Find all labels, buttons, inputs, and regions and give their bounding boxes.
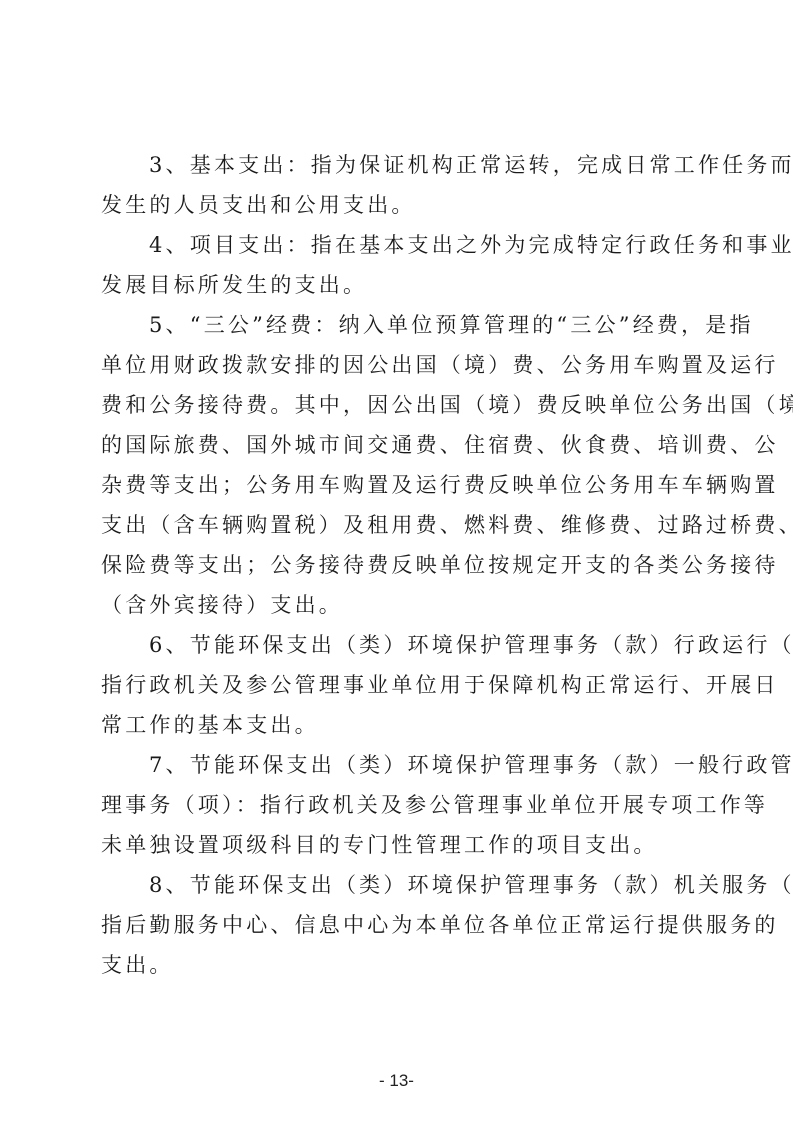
- paragraph-line: 发生的人员支出和公用支出。: [101, 185, 685, 225]
- paragraph-line: 未单独设置项级科目的专门性管理工作的项目支出。: [101, 825, 685, 865]
- page-number: - 13-: [0, 1071, 793, 1091]
- paragraph-line: 7、节能环保支出（类）环境保护管理事务（款）一般行政管: [101, 745, 685, 785]
- paragraph-3: 3、基本支出：指为保证机构正常运转，完成日常工作任务而 发生的人员支出和公用支出…: [101, 145, 685, 225]
- paragraph-line: （含外宾接待）支出。: [101, 585, 685, 625]
- paragraph-line: 支出（含车辆购置税）及租用费、燃料费、维修费、过路过桥费、: [101, 505, 685, 545]
- paragraph-4: 4、项目支出：指在基本支出之外为完成特定行政任务和事业 发展目标所发生的支出。: [101, 225, 685, 305]
- paragraph-line: 发展目标所发生的支出。: [101, 265, 685, 305]
- document-body: 3、基本支出：指为保证机构正常运转，完成日常工作任务而 发生的人员支出和公用支出…: [101, 145, 685, 985]
- paragraph-8: 8、节能环保支出（类）环境保护管理事务（款）机关服务（项）： 指后勤服务中心、信…: [101, 865, 685, 985]
- document-page: 3、基本支出：指为保证机构正常运转，完成日常工作任务而 发生的人员支出和公用支出…: [0, 0, 793, 1122]
- paragraph-line: 6、节能环保支出（类）环境保护管理事务（款）行政运行（项）：: [101, 625, 685, 665]
- paragraph-line: 的国际旅费、国外城市间交通费、住宿费、伙食费、培训费、公: [101, 425, 685, 465]
- paragraph-line: 单位用财政拨款安排的因公出国（境）费、公务用车购置及运行: [101, 345, 685, 385]
- paragraph-line: 3、基本支出：指为保证机构正常运转，完成日常工作任务而: [101, 145, 685, 185]
- paragraph-line: 4、项目支出：指在基本支出之外为完成特定行政任务和事业: [101, 225, 685, 265]
- paragraph-line: 常工作的基本支出。: [101, 705, 685, 745]
- paragraph-5: 5、“三公”经费：纳入单位预算管理的“三公”经费，是指 单位用财政拨款安排的因公…: [101, 305, 685, 625]
- paragraph-6: 6、节能环保支出（类）环境保护管理事务（款）行政运行（项）： 指行政机关及参公管…: [101, 625, 685, 745]
- paragraph-line: 保险费等支出；公务接待费反映单位按规定开支的各类公务接待: [101, 545, 685, 585]
- paragraph-line: 支出。: [101, 945, 685, 985]
- paragraph-7: 7、节能环保支出（类）环境保护管理事务（款）一般行政管 理事务（项）：指行政机关…: [101, 745, 685, 865]
- paragraph-line: 理事务（项）：指行政机关及参公管理事业单位开展专项工作等: [101, 785, 685, 825]
- paragraph-line: 指后勤服务中心、信息中心为本单位各单位正常运行提供服务的: [101, 905, 685, 945]
- paragraph-line: 杂费等支出；公务用车购置及运行费反映单位公务用车车辆购置: [101, 465, 685, 505]
- paragraph-line: 指行政机关及参公管理事业单位用于保障机构正常运行、开展日: [101, 665, 685, 705]
- paragraph-line: 5、“三公”经费：纳入单位预算管理的“三公”经费，是指: [101, 305, 685, 345]
- paragraph-line: 费和公务接待费。其中，因公出国（境）费反映单位公务出国（境）: [101, 385, 685, 425]
- paragraph-line: 8、节能环保支出（类）环境保护管理事务（款）机关服务（项）：: [101, 865, 685, 905]
